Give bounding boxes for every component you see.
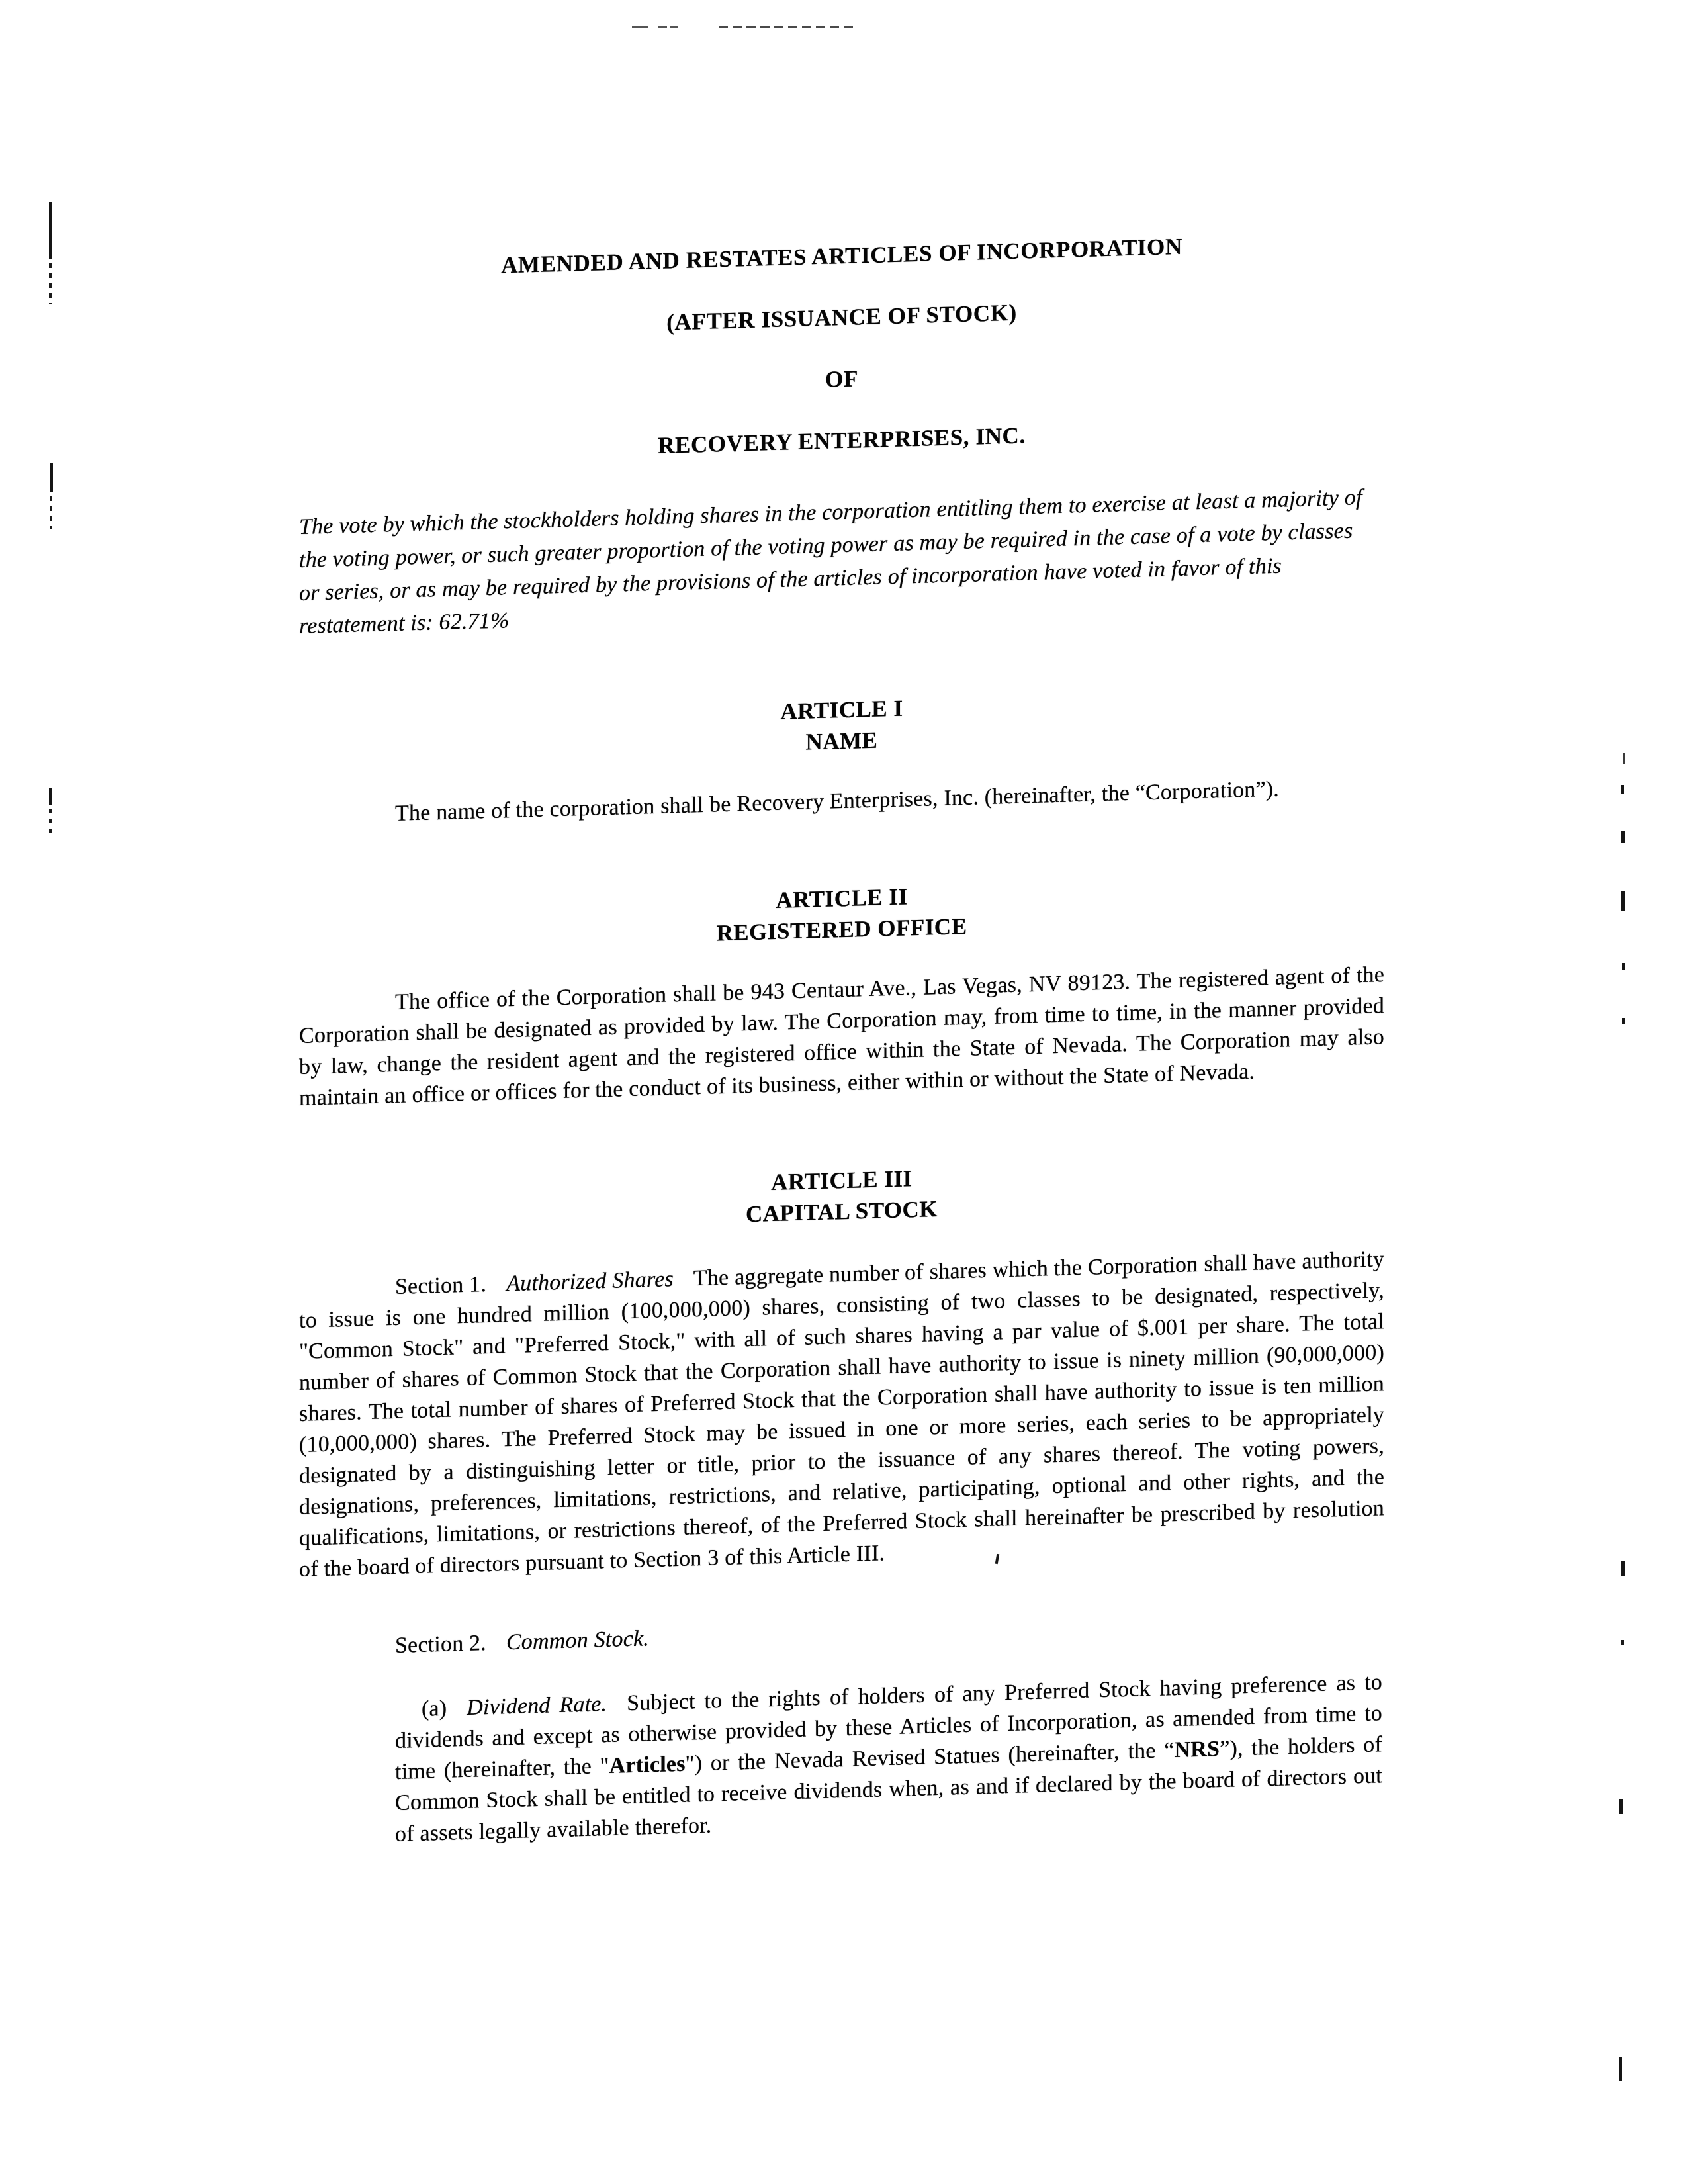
document-content: AMENDED AND RESTATES ARTICLES OF INCORPO… [299, 225, 1384, 1852]
defined-term-nrs: NRS [1175, 1737, 1220, 1762]
subsection-a-title: Dividend Rate. [467, 1692, 607, 1720]
article-2: ARTICLE II REGISTERED OFFICE The office … [299, 868, 1384, 1114]
scan-artifact-mark [1622, 1018, 1625, 1024]
scan-artifact-mark [49, 788, 52, 805]
scan-artifact-mark [49, 809, 52, 839]
defined-term-articles: Articles [609, 1752, 686, 1778]
document-title-line-1: AMENDED AND RESTATES ARTICLES OF INCORPO… [299, 225, 1384, 287]
scan-artifact-mark [1621, 891, 1625, 911]
scan-artifact-dash [658, 26, 667, 28]
article-1: ARTICLE I NAME The name of the corporati… [299, 679, 1384, 832]
scan-artifact-mark [49, 202, 52, 259]
document-title-line-3: OF [299, 348, 1384, 410]
section-1-title: Authorized Shares [506, 1267, 674, 1296]
subsection-a-paragraph: (a)Dividend Rate.Subject to the rights o… [395, 1666, 1382, 1850]
scan-artifact-mark [50, 496, 52, 529]
section-2-line: Section 2.Common Stock. [299, 1602, 1384, 1664]
scanned-document-page: AMENDED AND RESTATES ARTICLES OF INCORPO… [0, 0, 1694, 2184]
scan-artifact-dash [719, 26, 854, 28]
section-2-label: Section 2. [395, 1631, 486, 1658]
subsection-a-text: ") or the Nevada Revised Statues (herein… [686, 1738, 1175, 1776]
scan-artifact-mark [1621, 1561, 1625, 1576]
section-1-paragraph: Section 1.Authorized SharesThe aggregate… [299, 1244, 1384, 1585]
scan-artifact-dash [670, 26, 678, 28]
scan-artifact-mark [1621, 1640, 1624, 1649]
section-2-title: Common Stock. [506, 1626, 649, 1655]
scan-artifact-mark [1619, 1799, 1623, 1814]
scan-artifact-mark [1619, 2057, 1622, 2081]
article-2-body: The office of the Corporation shall be 9… [299, 959, 1384, 1114]
document-title-block: AMENDED AND RESTATES ARTICLES OF INCORPO… [299, 225, 1384, 471]
scan-artifact-dash [632, 26, 648, 28]
preamble-paragraph: The vote by which the stockholders holdi… [299, 481, 1366, 643]
scan-artifact-mark [1622, 963, 1625, 970]
scan-artifact-mark [1623, 753, 1625, 764]
article-3: ARTICLE III CAPITAL STOCK Section 1.Auth… [299, 1150, 1384, 1852]
document-title-line-2: (AFTER ISSUANCE OF STOCK) [299, 287, 1384, 348]
scan-artifact-mark [1621, 785, 1624, 794]
article-1-body: The name of the corporation shall be Rec… [299, 770, 1384, 832]
section-1-label: Section 1. [395, 1272, 486, 1299]
scan-artifact-mark [49, 263, 52, 304]
scan-artifact-mark [1621, 831, 1625, 843]
subsection-a-label: (a) [422, 1696, 447, 1721]
scan-artifact-mark [50, 463, 53, 492]
document-title-line-4: RECOVERY ENTERPRISES, INC. [299, 410, 1384, 471]
